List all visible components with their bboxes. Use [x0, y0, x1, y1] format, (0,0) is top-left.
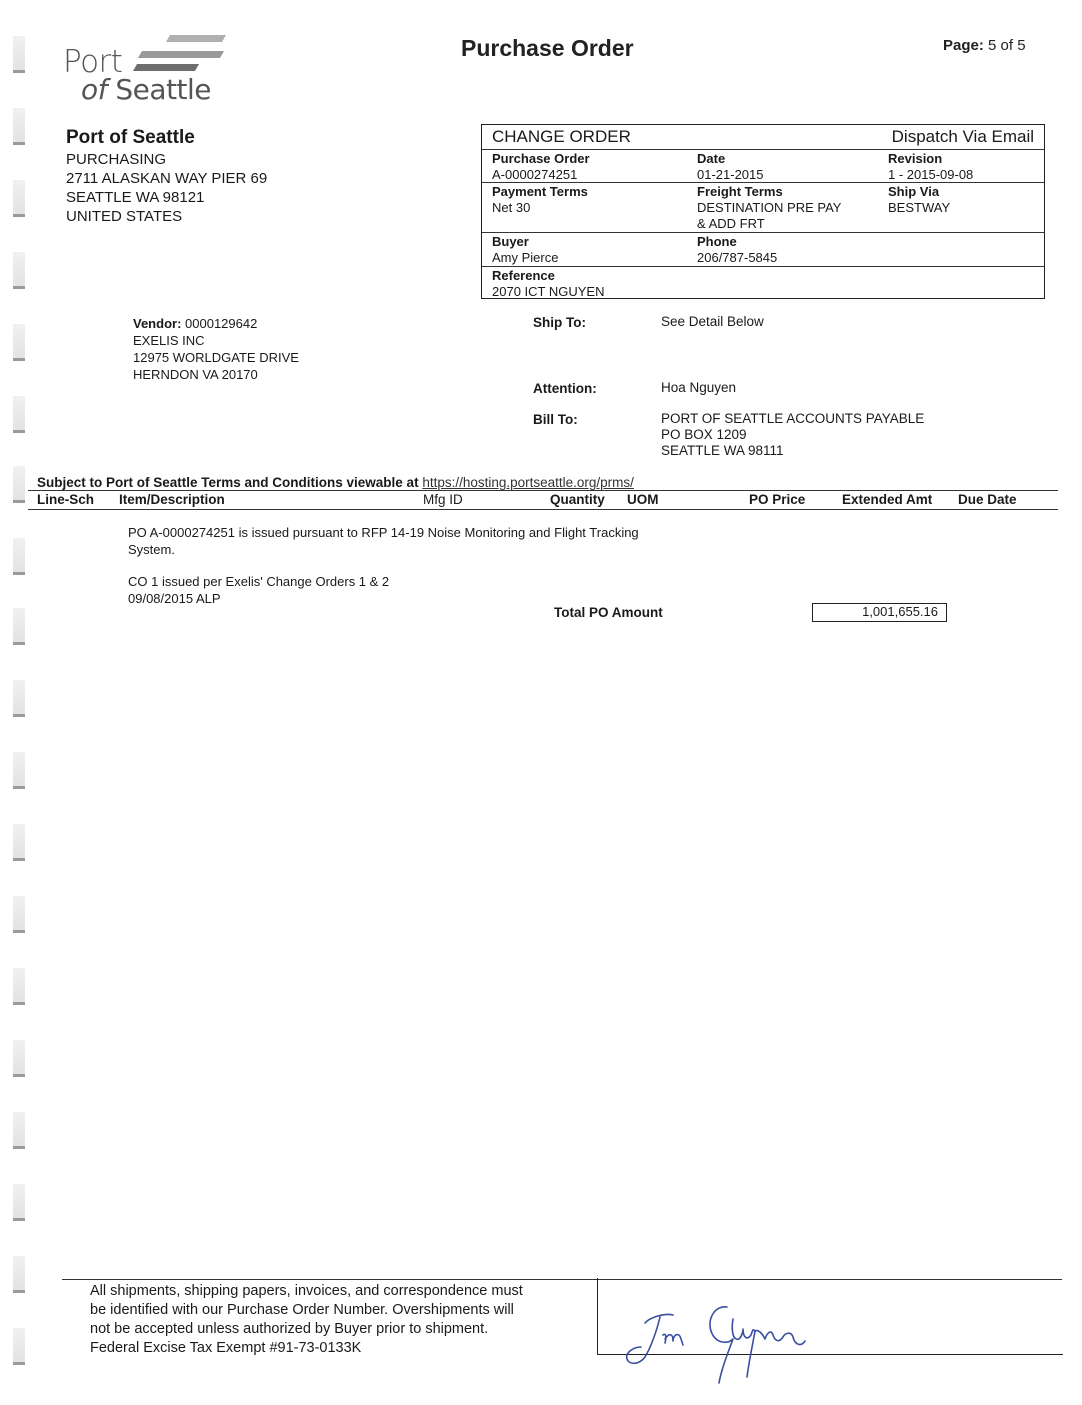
binder-hole	[13, 896, 25, 933]
purchase-order-field: Purchase Order A-0000274251	[492, 151, 590, 183]
page-number: Page: 5 of 5	[943, 37, 1026, 54]
column-header-line-sch: Line-Sch	[37, 492, 94, 507]
total-po-amount-box: 1,001,655.16	[812, 603, 947, 622]
revision-field: Revision 1 - 2015-09-08	[888, 151, 973, 183]
footer-line: All shipments, shipping papers, invoices…	[90, 1282, 590, 1301]
vendor-address-line: EXELIS INC	[133, 332, 299, 349]
change-order-row: Purchase Order A-0000274251 Date 01-21-2…	[482, 149, 1044, 183]
vendor-address-line: 12975 WORLDGATE DRIVE	[133, 349, 299, 366]
freight-terms-field: Freight Terms DESTINATION PRE PAY & ADD …	[697, 184, 841, 232]
issuer-address-line: 2711 ALASKAN WAY PIER 69	[66, 169, 267, 188]
payment-terms-field: Payment Terms Net 30	[492, 184, 588, 216]
binder-hole	[13, 396, 25, 433]
column-header-due-date: Due Date	[958, 492, 1017, 507]
footer-line: not be accepted unless authorized by Buy…	[90, 1320, 590, 1339]
document-title: Purchase Order	[461, 35, 634, 62]
buyer-field: Buyer Amy Pierce	[492, 234, 558, 266]
binder-hole	[13, 324, 25, 361]
description-line: 09/08/2015 ALP	[128, 590, 221, 607]
description-line: System.	[128, 541, 175, 558]
binder-hole	[13, 680, 25, 717]
divider	[28, 509, 1058, 510]
column-header-po-price: PO Price	[749, 492, 805, 507]
binder-hole	[13, 466, 25, 503]
bill-to-line: SEATTLE WA 98111	[661, 443, 784, 459]
change-order-row: Payment Terms Net 30 Freight Terms DESTI…	[482, 182, 1044, 233]
logo-stripe	[133, 64, 199, 71]
logo-stripe	[166, 35, 226, 42]
attention-value: Hoa Nguyen	[661, 380, 736, 396]
binder-hole	[13, 1112, 25, 1149]
binder-hole	[13, 824, 25, 861]
terms-notice: Subject to Port of Seattle Terms and Con…	[37, 475, 634, 490]
bill-to-label: Bill To:	[533, 412, 578, 427]
change-order-row: Buyer Amy Pierce Phone 206/787-5845	[482, 232, 1044, 267]
ship-to-label: Ship To:	[533, 315, 586, 330]
attention-label: Attention:	[533, 381, 597, 396]
bill-to-line: PORT OF SEATTLE ACCOUNTS PAYABLE	[661, 411, 924, 427]
description-line: CO 1 issued per Exelis' Change Orders 1 …	[128, 573, 389, 590]
column-header-extended-amt: Extended Amt	[842, 492, 932, 507]
column-header-mfg-id: Mfg ID	[423, 492, 463, 507]
issuer-address-line: PURCHASING	[66, 150, 166, 169]
issuer-address-line: SEATTLE WA 98121	[66, 188, 204, 207]
binder-hole	[13, 252, 25, 289]
divider	[28, 490, 1058, 491]
column-header-item-description: Item/Description	[119, 492, 225, 507]
reference-field: Reference 2070 ICT NGUYEN	[492, 268, 604, 300]
change-order-header: CHANGE ORDER Dispatch Via Email	[482, 125, 1044, 150]
binder-hole	[13, 608, 25, 645]
terms-link[interactable]: https://hosting.portseattle.org/prms/	[422, 475, 634, 490]
binder-hole	[13, 752, 25, 789]
ship-via-field: Ship Via BESTWAY	[888, 184, 950, 216]
dispatch-method: Dispatch Via Email	[892, 127, 1034, 147]
issuer-name: Port of Seattle	[66, 127, 195, 149]
logo-text-seattle: of Seattle	[81, 73, 211, 106]
vendor-id-line: Vendor: 0000129642	[133, 315, 299, 332]
total-po-amount-label: Total PO Amount	[554, 605, 663, 620]
binder-hole	[13, 538, 25, 575]
footer-notice: All shipments, shipping papers, invoices…	[90, 1282, 590, 1358]
handwritten-signature	[615, 1295, 835, 1390]
column-header-quantity: Quantity	[550, 492, 605, 507]
logo-stripe	[138, 51, 224, 58]
binder-hole	[13, 36, 25, 73]
binder-hole	[13, 968, 25, 1005]
footer-line: Federal Excise Tax Exempt #91-73-0133K	[90, 1339, 590, 1358]
ship-to-value: See Detail Below	[661, 314, 764, 330]
phone-field: Phone 206/787-5845	[697, 234, 777, 266]
binder-hole	[13, 1040, 25, 1077]
description-line: PO A-0000274251 is issued pursuant to RF…	[128, 524, 639, 541]
change-order-heading: CHANGE ORDER	[492, 127, 631, 147]
column-header-uom: UOM	[627, 492, 659, 507]
binder-hole	[13, 108, 25, 145]
binder-hole	[13, 1328, 25, 1365]
total-po-amount-value: 1,001,655.16	[862, 604, 946, 619]
bill-to-line: PO BOX 1209	[661, 427, 747, 443]
footer-line: be identified with our Purchase Order Nu…	[90, 1301, 590, 1320]
date-field: Date 01-21-2015	[697, 151, 764, 183]
issuer-address-line: UNITED STATES	[66, 207, 182, 226]
binder-hole	[13, 1184, 25, 1221]
vendor-address-line: HERNDON VA 20170	[133, 366, 299, 383]
vendor-block: Vendor: 0000129642 EXELIS INC 12975 WORL…	[133, 315, 299, 383]
binder-hole	[13, 180, 25, 217]
change-order-row: Reference 2070 ICT NGUYEN	[482, 266, 1044, 298]
change-order-box: CHANGE ORDER Dispatch Via Email Purchase…	[481, 124, 1045, 299]
binder-hole	[13, 1256, 25, 1293]
